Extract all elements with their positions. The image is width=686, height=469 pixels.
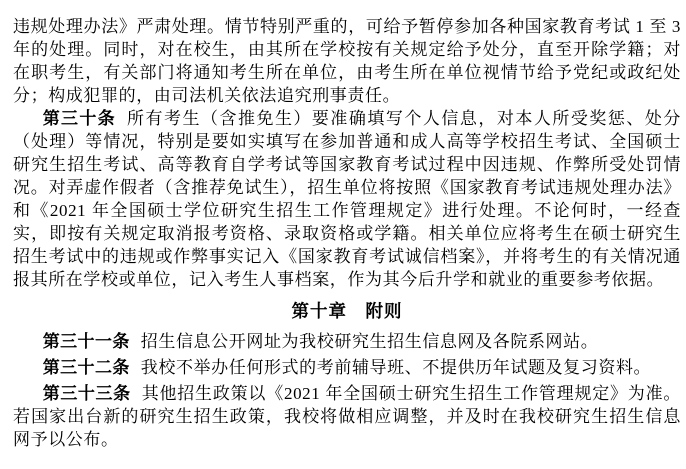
article-33-label: 第三十三条 <box>43 384 131 403</box>
article-30-label: 第三十条 <box>43 109 116 128</box>
article-32-text: 我校不举办任何形式的考前辅导班、不提供历年试题及复习资料。 <box>141 358 651 377</box>
article-31-label: 第三十一条 <box>43 332 130 351</box>
article-30-text: 所有考生（含推免生）要准确填写个人信息，对本人所受奖惩、处分（处理）等情况，特别… <box>13 109 681 289</box>
paragraph-continuation: 违规处理办法》严肃处理。情节特别严重的，可给予暂停参加各种国家教育考试 1 至 … <box>13 15 681 107</box>
paragraph-article-31: 第三十一条招生信息公开网址为我校研究生招生信息网及各院系网站。 <box>13 330 681 353</box>
paragraph-article-30: 第三十条所有考生（含推免生）要准确填写个人信息，对本人所受奖惩、处分（处理）等情… <box>13 107 681 291</box>
chapter-heading: 第十章 附则 <box>13 300 681 323</box>
paragraph-article-33: 第三十三条其他招生政策以《2021 年全国硕士研究生招生工作管理规定》为准。若国… <box>13 382 681 451</box>
article-32-label: 第三十二条 <box>43 358 130 377</box>
document-page: 违规处理办法》严肃处理。情节特别严重的，可给予暂停参加各种国家教育考试 1 至 … <box>0 0 686 469</box>
article-31-text: 招生信息公开网址为我校研究生招生信息网及各院系网站。 <box>141 332 599 351</box>
paragraph-article-32: 第三十二条我校不举办任何形式的考前辅导班、不提供历年试题及复习资料。 <box>13 356 681 379</box>
